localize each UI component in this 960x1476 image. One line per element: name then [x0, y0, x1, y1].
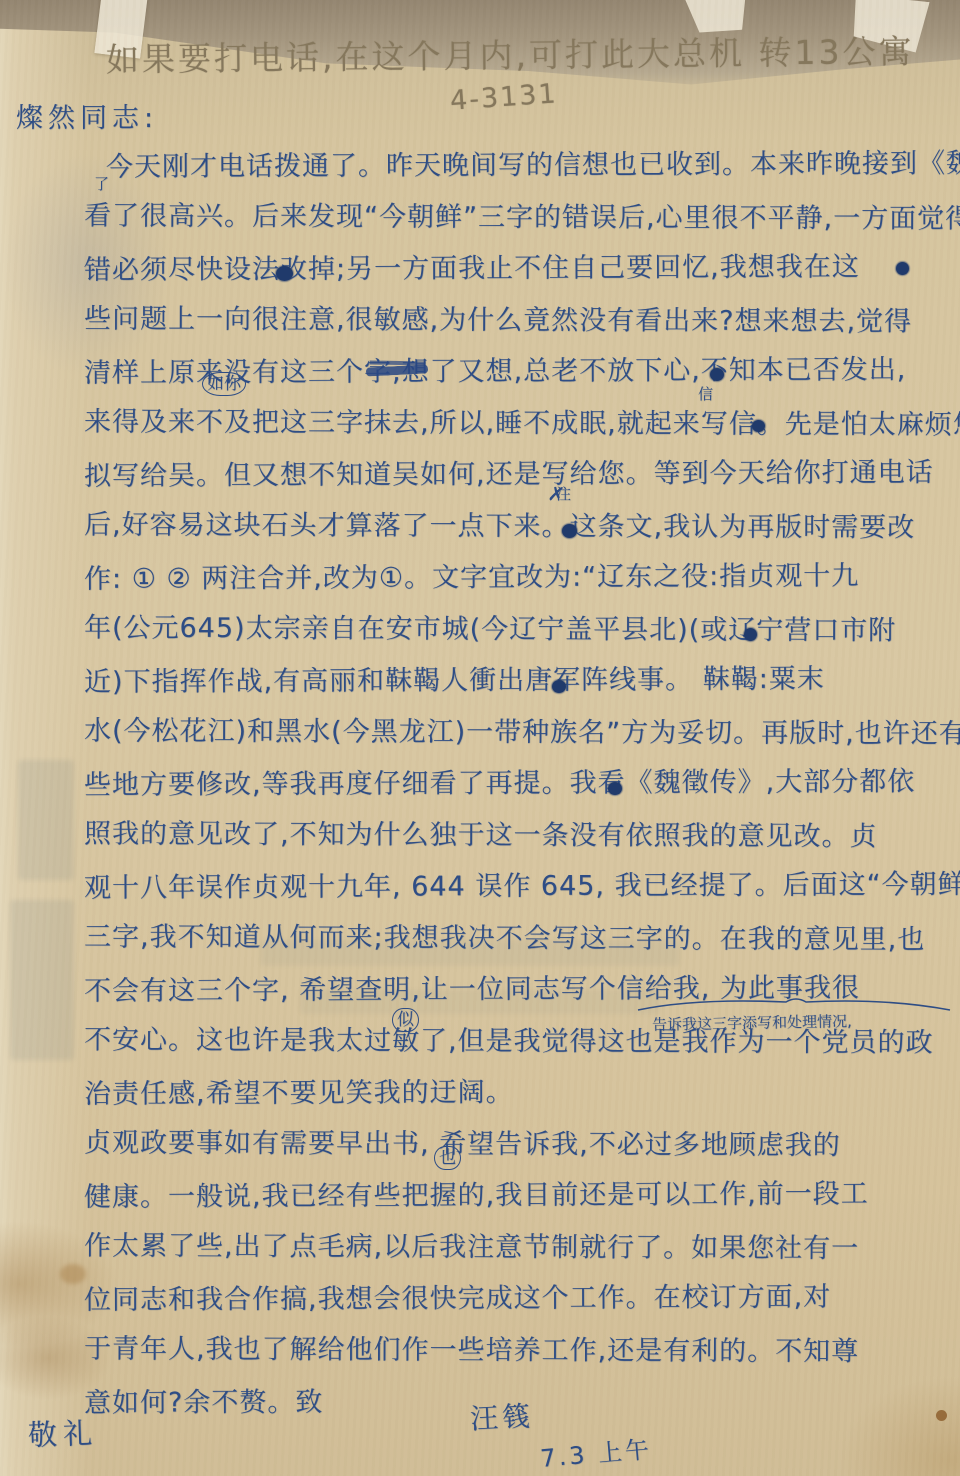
circled-insertion-ye: 也: [434, 1146, 461, 1170]
bleedthrough-text-smudge: [10, 900, 74, 1060]
letter-line: 作: ① ② 两注合并,改为①。文字宜改为:“辽东之役:指贞观十九: [84, 550, 940, 605]
letter-line: 作太累了些,出了点毛病,以后我注意节制就行了。如果您社有一: [84, 1220, 940, 1274]
letter-line: 些地方要修改,等我再度仔细看了再提。我看《魏徵传》,大部分都依: [84, 756, 940, 811]
ink-blot-correction: [744, 628, 757, 641]
signature: 汪篯: [469, 1394, 535, 1437]
letter-body: 今天刚才电话拨通了。昨天晚间写的信想也已收到。本来昨晚接到《魏徵传》后, 看了很…: [84, 140, 940, 1428]
letter-line: 错必须尽快设法改掉;另一方面我止不住自己要回忆,我想我在这: [84, 241, 940, 296]
letter-line: 年(公元645)太宗亲自在安市城(今辽宁盖平县北)(或辽宁营口市附: [84, 602, 940, 656]
inserted-char-le: 了: [94, 176, 109, 192]
brown-stain: [60, 1264, 86, 1284]
letter-line: 看了很高兴。后来发现“今朝鲜”三字的错误后,心里很不平静,一方面觉得这个: [84, 190, 940, 244]
letter-line: 今天刚才电话拨通了。昨天晚间写的信想也已收到。本来昨晚接到《魏徵传》后,: [84, 138, 940, 193]
letter-line: 贞观政要事如有需要早出书, 希望告诉我,不必过多地顾虑我的: [84, 1117, 940, 1171]
letter-line: 后,好容易这块石头才算落了一点下来。这条文,我认为再版时需要改: [84, 499, 940, 553]
inserted-margin-note: 告诉我这三字添写和处理情况,: [652, 1010, 852, 1034]
letter-line: 近)下指挥作战,有高丽和靺鞨人衝出唐军阵线事。 靺鞨:粟末: [84, 653, 940, 708]
date: 7.3 上午: [539, 1429, 653, 1474]
letter-line: 位同志和我合作搞,我想会很快完成这个工作。在校订方面,对: [84, 1271, 940, 1326]
ink-blot-correction: [710, 368, 724, 381]
letter-scan-page: { "colors": { "paper": "#d5c49e", "paper…: [0, 0, 960, 1476]
letter-line: 照我的意见改了,不知为什么独于这一条没有依照我的意见改。贞: [84, 808, 940, 862]
letter-line: 治责任感,希望不要见笑我的迂阔。: [84, 1065, 940, 1120]
letter-line: 三字,我不知道从何而来;我想我决不会写这三字的。在我的意见里,也: [84, 911, 940, 965]
salutation: 燦然同志:: [16, 96, 158, 135]
inserted-char-xin: 信: [698, 386, 713, 402]
strike-x-mark: ✗: [546, 481, 566, 507]
insertion-brace: [636, 996, 952, 1012]
pencil-phone-number: 4-3131: [449, 78, 559, 116]
letter-line: 些问题上一向很注意,很敏感,为什么竟然没有看出来?想来想去,觉得: [84, 293, 940, 347]
closing-salute: 敬礼: [27, 1411, 98, 1454]
letter-line: 来得及来不及把这三字抹去,所以,睡不成眠,就起来写信。先是怕太麻烦您,: [84, 396, 940, 450]
letter-line: 观十八年误作贞观十九年, 644 误作 645, 我已经提了。后面这“今朝鲜”: [84, 859, 940, 914]
pencil-phone-note: 如果要打电话,在这个月内,可打此大总机 转13公寓: [106, 26, 906, 81]
bleedthrough-text-smudge: [18, 760, 74, 880]
ink-blot-correction: [552, 680, 566, 693]
letter-line: 健康。一般说,我已经有些把握的,我目前还是可以工作,前一段工: [84, 1168, 940, 1223]
ink-blot-correction: [608, 782, 622, 795]
ink-blot-correction: [896, 262, 909, 275]
circled-insertion-ruini: 如你: [202, 372, 246, 396]
circled-insertion-si: 似: [392, 1008, 419, 1032]
ink-blot-correction: [752, 420, 765, 432]
ink-blot-correction: [276, 266, 293, 281]
letter-line: 拟写给吴。但又想不知道吴如何,还是写给您。等到今天给你打通电话: [84, 447, 940, 502]
letter-line: 水(今松花江)和黑水(今黑龙江)一带种族名”方为妥切。再版时,也许还有: [84, 705, 940, 759]
ink-blot-correction: [562, 524, 577, 538]
letter-line: 于青年人,我也了解给他们作一些培养工作,还是有利的。不知尊: [84, 1323, 940, 1377]
